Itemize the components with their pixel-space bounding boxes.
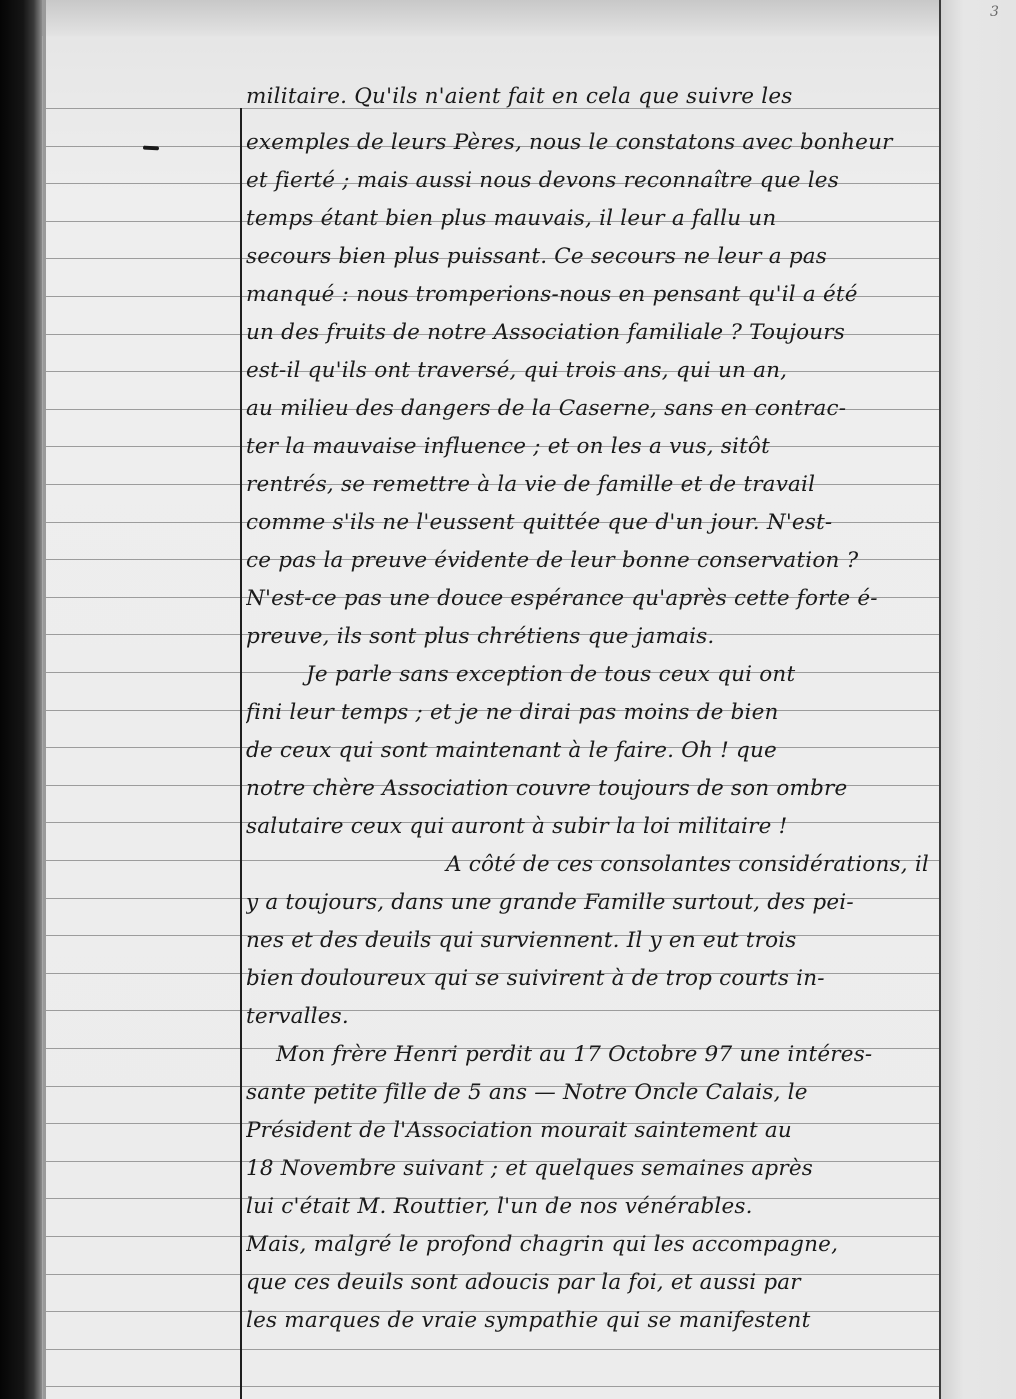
text-line: 18 Novembre suivant ; et quelques semain… xyxy=(246,1156,936,1182)
text-line: Mais, malgré le profond chagrin qui les … xyxy=(246,1232,936,1258)
text-line: N'est-ce pas une douce espérance qu'aprè… xyxy=(246,586,936,612)
text-line: nes et des deuils qui surviennent. Il y … xyxy=(246,928,936,954)
text-line: fini leur temps ; et je ne dirai pas moi… xyxy=(246,700,936,726)
text-line: les marques de vraie sympathie qui se ma… xyxy=(246,1308,936,1334)
text-line: secours bien plus puissant. Ce secours n… xyxy=(246,244,936,270)
text-line: ter la mauvaise influence ; et on les a … xyxy=(246,434,936,460)
text-line: que ces deuils sont adoucis par la foi, … xyxy=(246,1270,936,1296)
text-line: Mon frère Henri perdit au 17 Octobre 97 … xyxy=(246,1042,936,1068)
text-line: est-il qu'ils ont traversé, qui trois an… xyxy=(246,358,936,384)
text-line: temps étant bien plus mauvais, il leur a… xyxy=(246,206,936,232)
page-number: 3 xyxy=(990,4,999,20)
left-margin-line xyxy=(240,108,242,1399)
text-line: un des fruits de notre Association famil… xyxy=(246,320,936,346)
text-line: bien douloureux qui se suivirent à de tr… xyxy=(246,966,936,992)
margin-ink-mark xyxy=(143,146,159,151)
ruled-line xyxy=(46,1349,1016,1350)
text-line: preuve, ils sont plus chrétiens que jama… xyxy=(246,624,936,650)
text-line: y a toujours, dans une grande Famille su… xyxy=(246,890,936,916)
right-page-fold xyxy=(939,0,941,1399)
book-binding xyxy=(0,0,42,1399)
text-line: salutaire ceux qui auront à subir la loi… xyxy=(246,814,936,840)
page-top-band xyxy=(46,0,1016,36)
adjacent-page xyxy=(941,0,1016,1399)
text-line: sante petite fille de 5 ans — Notre Oncl… xyxy=(246,1080,936,1106)
text-line: et fierté ; mais aussi nous devons recon… xyxy=(246,168,936,194)
text-line: notre chère Association couvre toujours … xyxy=(246,776,936,802)
text-line: de ceux qui sont maintenant à le faire. … xyxy=(246,738,936,764)
text-line: au milieu des dangers de la Caserne, san… xyxy=(246,396,936,422)
text-line: militaire. Qu'ils n'aient fait en cela q… xyxy=(246,84,936,110)
text-line: lui c'était M. Routtier, l'un de nos vén… xyxy=(246,1194,936,1220)
inner-margin-rule xyxy=(42,36,43,1399)
text-line: A côté de ces consolantes considérations… xyxy=(246,852,936,878)
ruled-line xyxy=(46,1386,1016,1387)
text-line: rentrés, se remettre à la vie de famille… xyxy=(246,472,936,498)
text-line: manqué : nous tromperions-nous en pensan… xyxy=(246,282,936,308)
text-line: Je parle sans exception de tous ceux qui… xyxy=(246,662,936,688)
text-line: Président de l'Association mourait saint… xyxy=(246,1118,936,1144)
text-line: exemples de leurs Pères, nous le constat… xyxy=(246,130,936,156)
text-line: tervalles. xyxy=(246,1004,936,1030)
text-line: ce pas la preuve évidente de leur bonne … xyxy=(246,548,936,574)
text-line: comme s'ils ne l'eussent quittée que d'u… xyxy=(246,510,936,536)
